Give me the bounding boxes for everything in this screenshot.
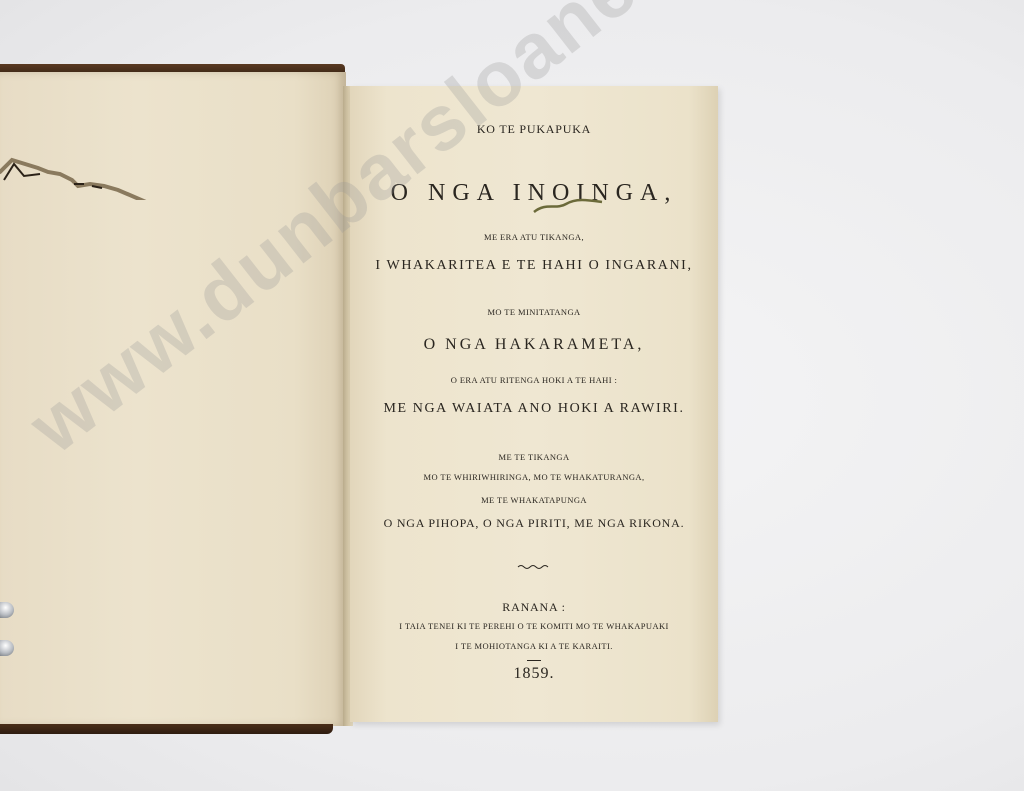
ornament-rule-icon bbox=[517, 564, 551, 570]
imprint-printer-1: I TAIA TENEI KI TE PEREHI O TE KOMITI MO… bbox=[350, 621, 718, 631]
imprint-year: 1859. bbox=[350, 665, 718, 683]
title-line-6: O NGA HAKARAMETA, bbox=[350, 336, 718, 354]
title-line-8: ME NGA WAIATA ANO HOKI A RAWIRI. bbox=[350, 401, 718, 417]
title-line-1: KO TE PUKAPUKA bbox=[350, 122, 718, 137]
book-cover-bottom-edge bbox=[0, 724, 333, 734]
title-line-5: MO TE MINITATANGA bbox=[350, 307, 718, 317]
title-line-12: O NGA PIHOPA, O NGA PIRITI, ME NGA RIKON… bbox=[350, 516, 718, 531]
ink-squiggle-icon bbox=[532, 198, 604, 214]
photo-background: KO TE PUKAPUKA O NGA INOINGA, ME ERA ATU… bbox=[0, 0, 1024, 791]
title-line-10: MO TE WHIRIWHIRINGA, MO TE WHAKATURANGA, bbox=[350, 472, 718, 482]
paper-tear-icon bbox=[0, 150, 160, 200]
title-line-7: O ERA ATU RITENGA HOKI A TE HAHI : bbox=[350, 375, 718, 385]
title-line-3: ME ERA ATU TIKANGA, bbox=[350, 232, 718, 242]
title-line-9: ME TE TIKANGA bbox=[350, 452, 718, 462]
title-line-4: I WHAKARITEA E TE HAHI O INGARANI, bbox=[350, 258, 718, 274]
imprint-place: RANANA : bbox=[350, 600, 718, 615]
title-line-11: ME TE WHAKATAPUNGA bbox=[350, 495, 718, 505]
imprint-printer-2: I TE MOHIOTANGA KI A TE KARAITI. bbox=[350, 641, 718, 651]
short-rule bbox=[527, 660, 541, 661]
